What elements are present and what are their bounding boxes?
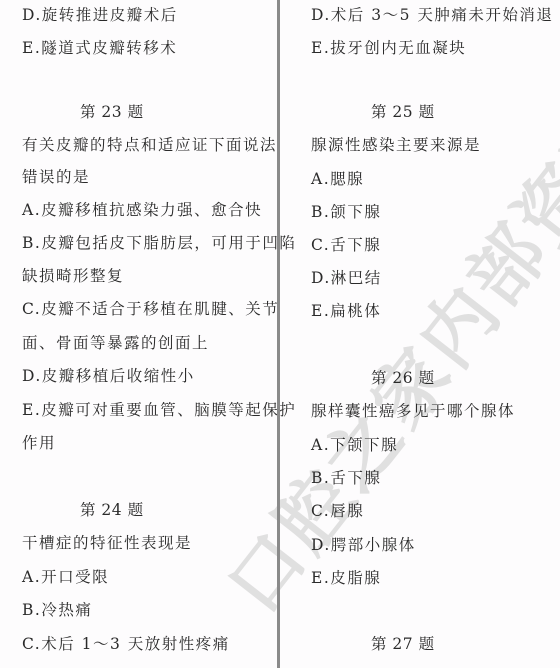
option-line: C.皮瓣不适合于移植在肌腱、关节: [22, 299, 279, 319]
option-line: B.颌下腺: [311, 202, 381, 222]
option-line: C.唇腺: [311, 501, 364, 521]
column-divider: [277, 0, 280, 668]
option-line: D.皮瓣移植后收缩性小: [22, 366, 195, 386]
option-line: D.腭部小腺体: [311, 535, 416, 555]
option-line: A.皮瓣移植抗感染力强、愈合快: [22, 200, 262, 220]
question-heading-27: 第 27 题: [371, 634, 435, 654]
option-line: B.冷热痛: [22, 600, 92, 620]
question-heading-23: 第 23 题: [80, 102, 144, 122]
option-line: E.隧道式皮瓣转移术: [22, 38, 177, 58]
question-stem: 错误的是: [22, 167, 90, 187]
option-line: 作用: [22, 433, 56, 453]
question-heading-26: 第 26 题: [371, 368, 435, 388]
option-line: A.下颌下腺: [311, 435, 398, 455]
question-stem: 腺样囊性癌多见于哪个腺体: [311, 401, 515, 421]
option-line: C.舌下腺: [311, 235, 381, 255]
question-stem: 腺源性感染主要来源是: [311, 135, 481, 155]
option-line: D.淋巴结: [311, 268, 382, 288]
option-line: E.皮瓣可对重要血管、脑膜等起保护: [22, 400, 296, 420]
option-line: 缺损畸形整复: [22, 266, 124, 286]
right-column: D.术后 3～5 天肿痛未开始消退 E.拔牙创内无血凝块 第 25 题 腺源性感…: [311, 0, 551, 668]
left-column: D.旋转推进皮瓣术后 E.隧道式皮瓣转移术 第 23 题 有关皮瓣的特点和适应证…: [22, 0, 272, 668]
option-line: C.术后 1～3 天放射性疼痛: [22, 634, 230, 654]
option-line: E.皮脂腺: [311, 568, 381, 588]
option-line: A.腮腺: [311, 169, 364, 189]
option-line: B.皮瓣包括皮下脂肪层，可用于凹陷: [22, 233, 296, 253]
option-line: 面、骨面等暴露的创面上: [22, 333, 209, 353]
option-line: D.旋转推进皮瓣术后: [22, 5, 178, 25]
option-line: E.扁桃体: [311, 301, 381, 321]
question-heading-24: 第 24 题: [80, 500, 144, 520]
option-line: A.开口受限: [22, 567, 109, 587]
option-line: B.舌下腺: [311, 468, 381, 488]
question-heading-25: 第 25 题: [371, 102, 435, 122]
option-line: E.拔牙创内无血凝块: [311, 38, 466, 58]
option-line: D.术后 3～5 天肿痛未开始消退: [311, 5, 553, 25]
question-stem: 有关皮瓣的特点和适应证下面说法: [22, 135, 277, 155]
question-stem: 干槽症的特征性表现是: [22, 533, 192, 553]
